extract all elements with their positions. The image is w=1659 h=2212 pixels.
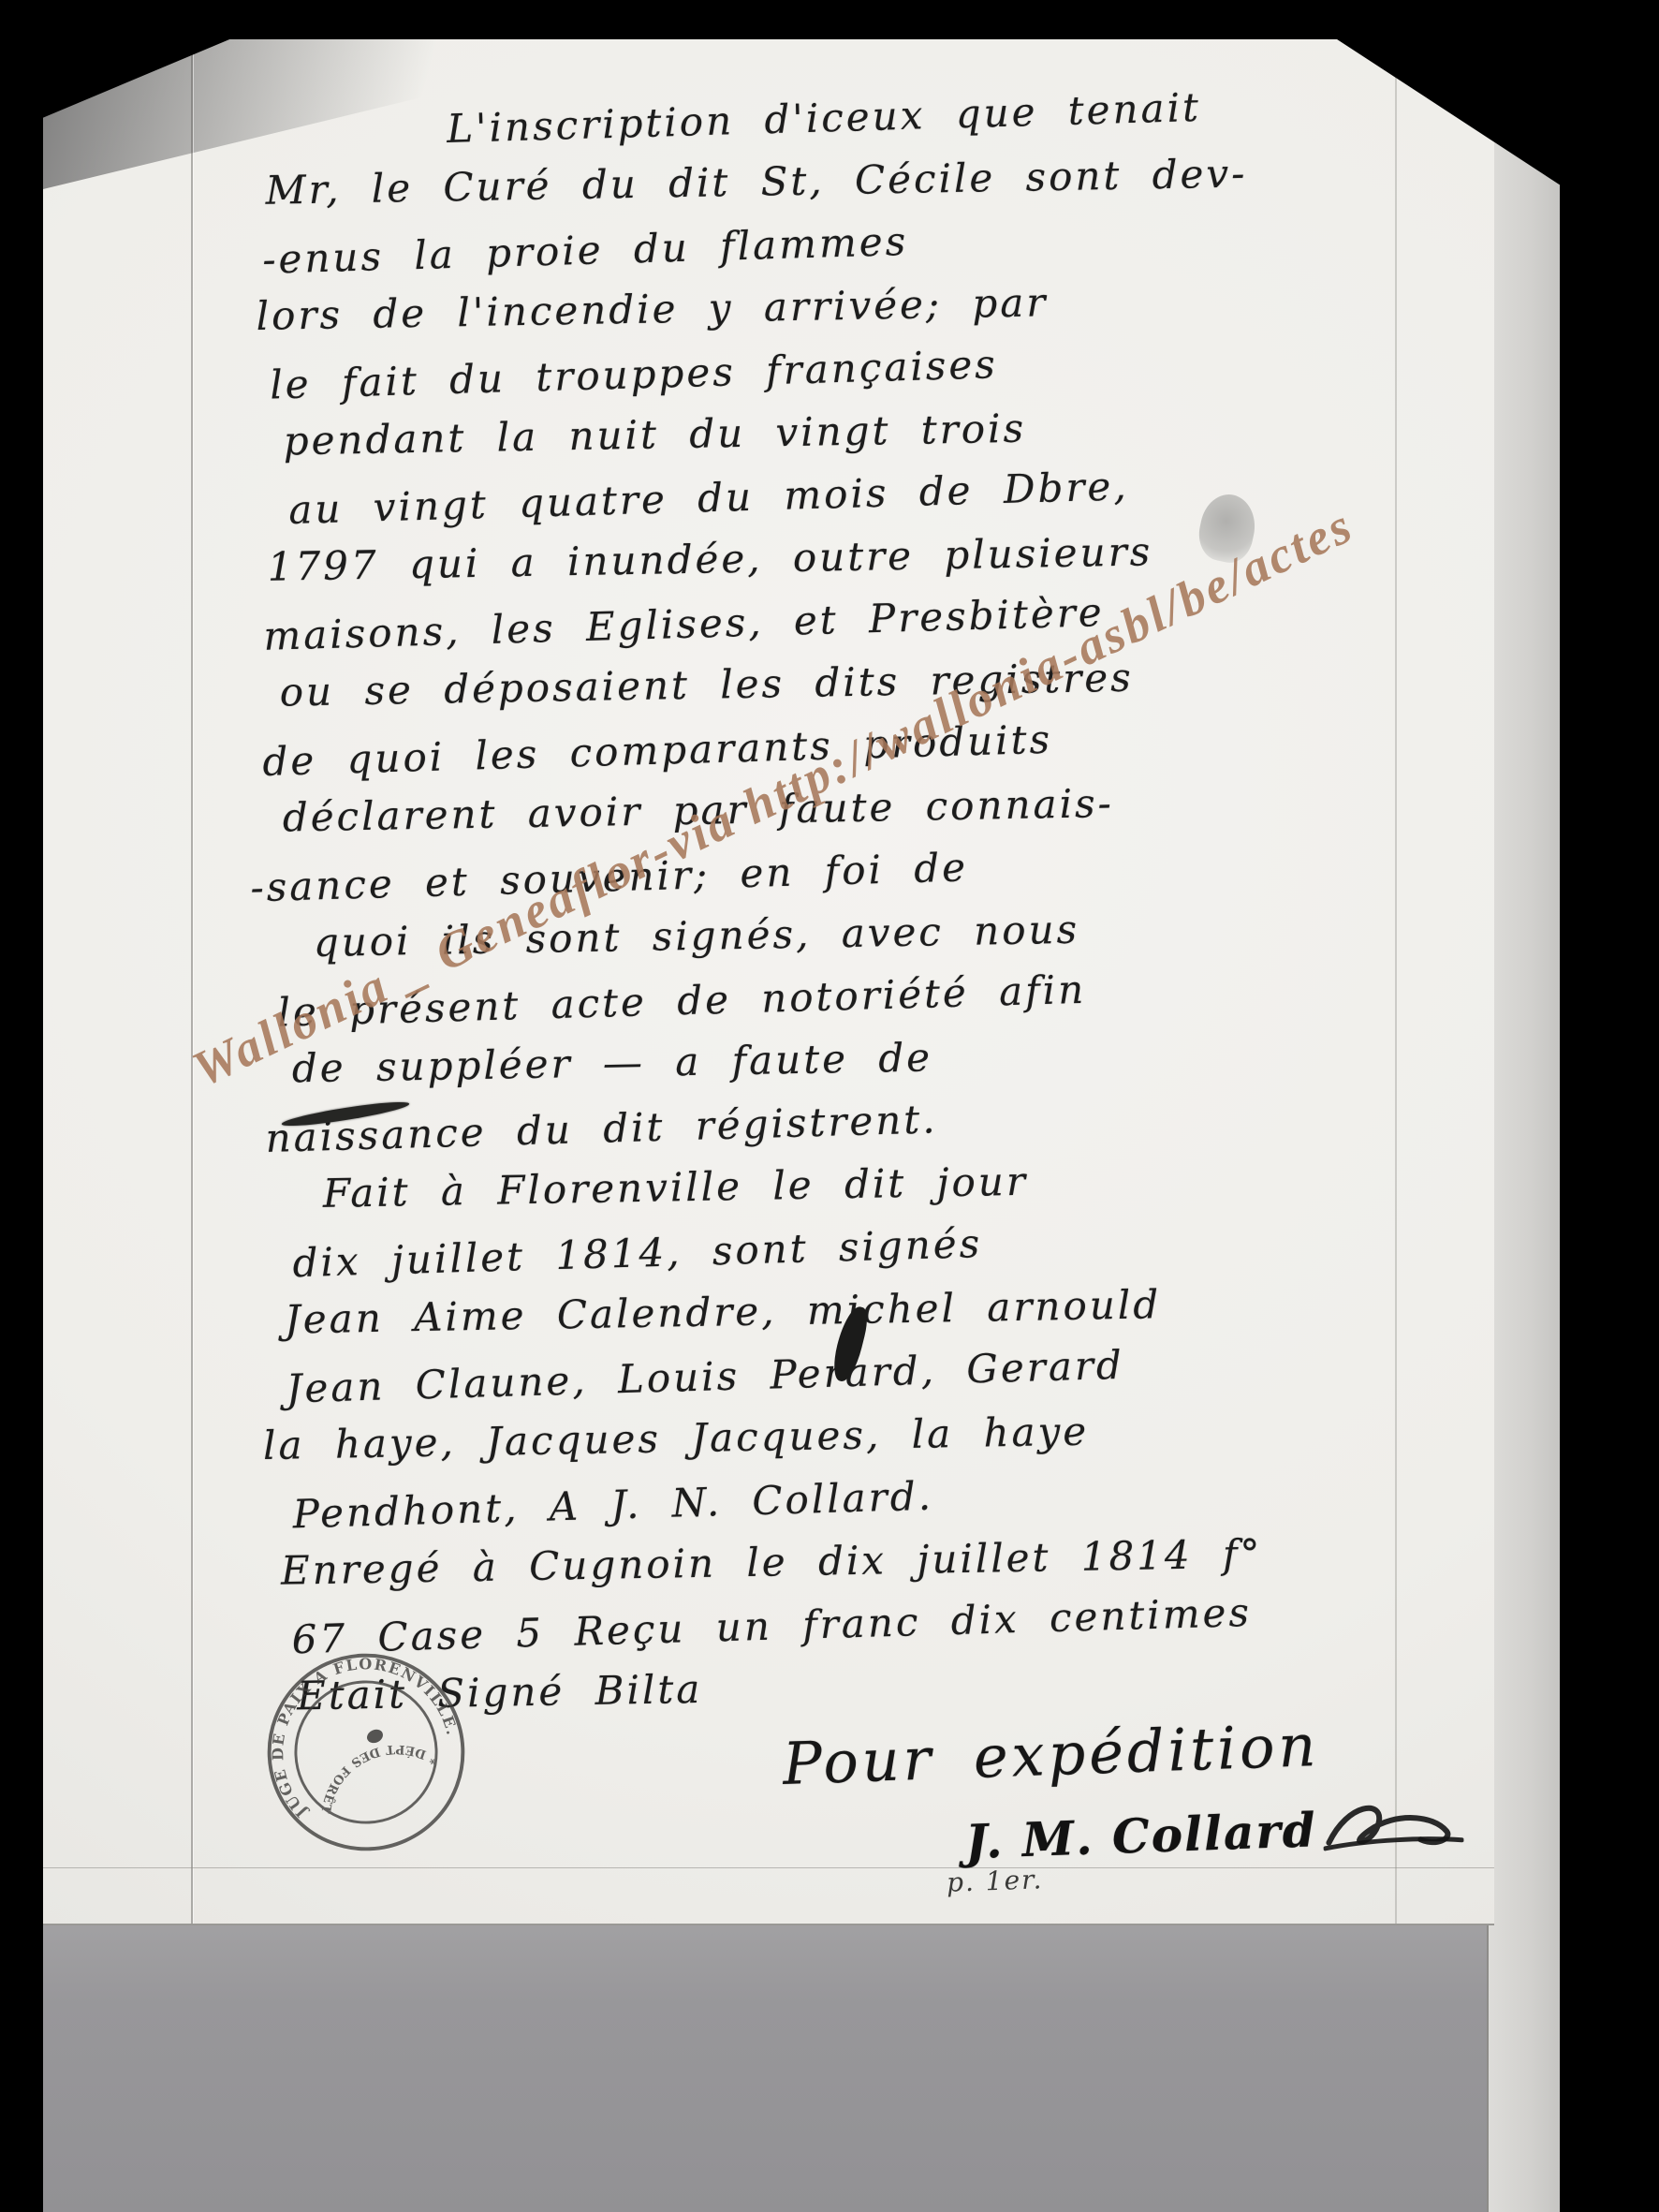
signature-paraph-icon — [1321, 1792, 1463, 1862]
vertical-fold-line — [191, 39, 193, 1924]
horizontal-crease-line — [43, 1867, 1494, 1868]
stamp-ink-dot — [365, 1727, 386, 1746]
scan-border-left — [0, 0, 43, 2212]
stamp-top-text: JUGE DE PAIX A FLORENVILLE. — [257, 1643, 470, 1825]
closing-formula: Pour expédition — [782, 1711, 1321, 1798]
scanner-surface — [43, 1910, 1562, 2212]
svg-text:JUGE DE PAIX A FLORENVILLE.: JUGE DE PAIX A FLORENVILLE. — [257, 1643, 470, 1825]
folio-note: p. 1er. — [946, 1864, 1043, 1898]
scan-border-right — [1560, 0, 1659, 2212]
manuscript-page: L'inscription d'iceux que tenaitMr, le C… — [43, 39, 1494, 1925]
justice-of-peace-stamp-icon: JUGE DE PAIX A FLORENVILLE. * DÉPT DES F… — [257, 1643, 476, 1862]
underlying-sheet-edge — [1487, 41, 1566, 2212]
handwritten-text-block: L'inscription d'iceux que tenaitMr, le C… — [212, 72, 1484, 1731]
document-scan: L'inscription d'iceux que tenaitMr, le C… — [0, 0, 1659, 2212]
signature-row: J. M. Collard — [964, 1792, 1464, 1875]
signature-collard: J. M. Collard — [964, 1802, 1317, 1869]
scan-border-top — [0, 0, 1659, 39]
